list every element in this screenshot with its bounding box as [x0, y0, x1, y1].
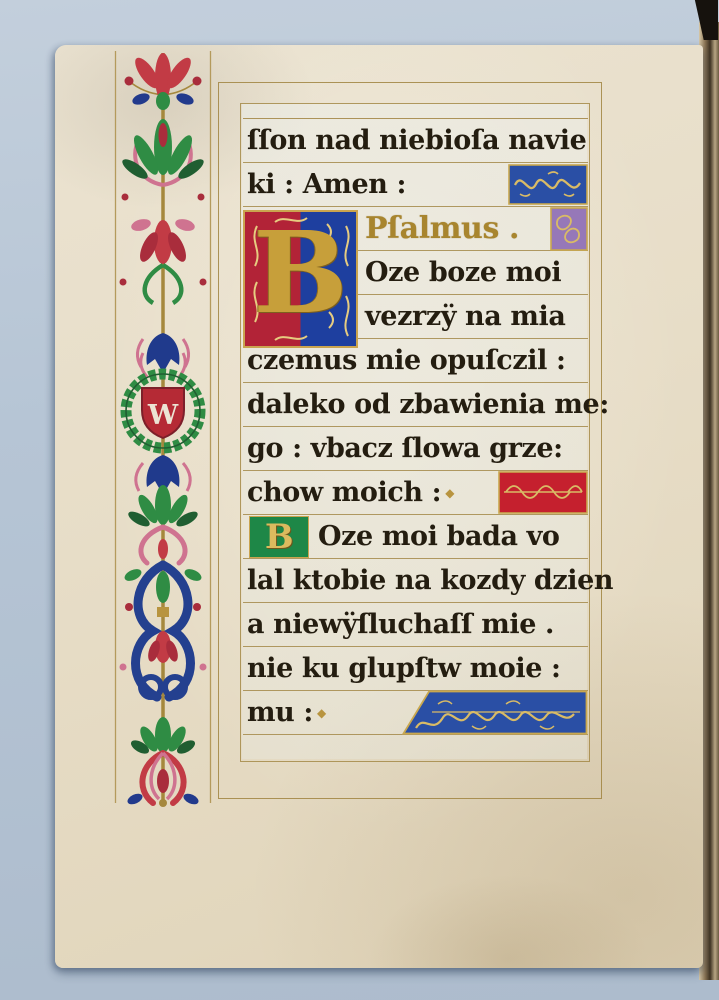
script-line-text: lal ktobie na kozdy dzien [247, 559, 613, 603]
script-line-text: Oze boze moi [365, 251, 561, 295]
script-line: ſſon nad niebioſa navie [243, 119, 588, 163]
line-filler-purple-icon [550, 207, 588, 251]
shield-letter: W [147, 400, 179, 431]
illuminated-initial-b-main: B [243, 210, 358, 348]
script-line-text: chow moich : [247, 471, 441, 515]
script-line: chow moich : ◆ [243, 471, 588, 515]
script-line: a niewÿſluchaſſ mie . [243, 603, 588, 647]
illuminated-initial-b-green: B [249, 516, 309, 558]
gold-diamond-ornament: ◆ [317, 691, 326, 735]
script-line: nie ku glupſtw moie : [243, 647, 588, 691]
script-line-text: Oze moi bada vo [318, 515, 560, 559]
script-line-text: ki : Amen : [247, 163, 406, 207]
script-line-text: mu : [247, 691, 313, 735]
script-line: mu : ◆ [243, 691, 588, 735]
manuscript-page: W [55, 45, 703, 968]
line-filler-blue-bar-icon [402, 690, 588, 735]
floral-border-artwork: W [113, 47, 213, 807]
rubric-psalmus: Pſalmus . [365, 207, 519, 251]
initial-letter: B [245, 206, 356, 340]
script-line-text: vezrzÿ na mia [365, 295, 566, 339]
script-line-text: ſſon nad niebioſa navie [247, 119, 586, 163]
script-line: ki : Amen : [243, 163, 588, 207]
gold-diamond-ornament: ◆ [445, 471, 454, 515]
script-line-text: a niewÿſluchaſſ mie . [247, 603, 554, 647]
line-filler-blue-icon [508, 164, 588, 205]
script-line-text: go : vbacz ſlowa grze: [247, 427, 563, 471]
script-line: go : vbacz ſlowa grze: [243, 427, 588, 471]
script-line: B Oze moi bada vo [243, 515, 588, 559]
line-filler-red-icon [498, 471, 588, 514]
script-line-text: daleko od zbawienia me: [247, 383, 609, 427]
script-line: daleko od zbawienia me: [243, 383, 588, 427]
script-line-text: nie ku glupſtw moie : [247, 647, 561, 691]
manuscript-photo: W [0, 0, 719, 1000]
script-line: lal ktobie na kozdy dzien [243, 559, 588, 603]
